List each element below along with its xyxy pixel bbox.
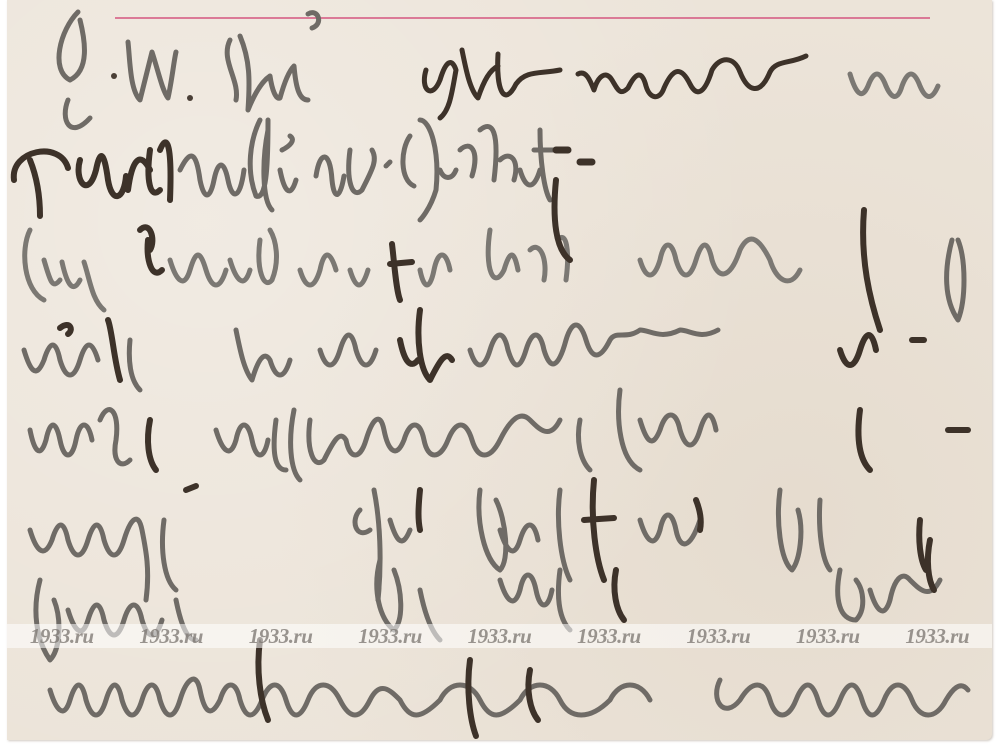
watermark-text: 1933.ru: [139, 624, 203, 649]
letter-line-7: bereits Zeit über das: [7, 610, 992, 611]
letter-line-5: mäßig mißfallenden Kunst-: [7, 440, 992, 441]
letter-line-3: lich wird es dich regelmäs-: [7, 260, 992, 261]
letter-line-8: weitere zu schreiben. Entwurf: [7, 700, 992, 701]
letter-line-4: sig über den unzuträglich-: [7, 350, 992, 351]
letter-line-1: L. W. Heute geht wieder ein: [7, 70, 992, 71]
letter-line-6: genuß. Du hast ja bis: [7, 530, 992, 531]
watermark-text: 1933.ru: [577, 624, 641, 649]
letter-line-2: Päckchen an dich ab. Hoffent-: [7, 170, 992, 171]
watermark-text: 1933.ru: [687, 624, 751, 649]
watermark-band: 1933.ru 1933.ru 1933.ru 1933.ru 1933.ru …: [7, 624, 992, 648]
watermark-text: 1933.ru: [30, 624, 94, 649]
watermark-text: 1933.ru: [796, 624, 860, 649]
watermark-text: 1933.ru: [905, 624, 969, 649]
watermark-text: 1933.ru: [468, 624, 532, 649]
watermark-text: 1933.ru: [358, 624, 422, 649]
watermark-text: 1933.ru: [249, 624, 313, 649]
